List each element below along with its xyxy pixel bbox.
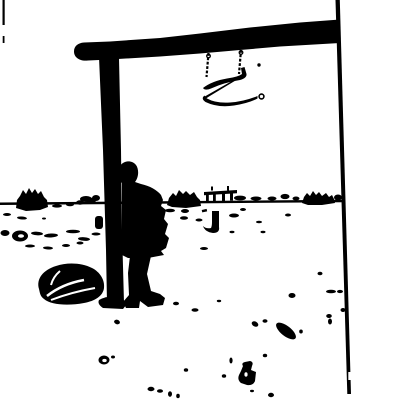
ground-speck [80,196,92,202]
ground-speck [337,290,343,293]
ground-speck [43,246,53,250]
ground-speck [31,231,43,235]
ground-speck [66,203,74,207]
ground-speck [222,374,226,378]
scrub-bush-left [16,188,48,211]
ground-speck [157,389,163,393]
ground-speck [217,300,221,302]
ground-speck [42,218,46,220]
ground-speck [77,242,84,245]
ground-speck [17,216,27,220]
photo-edge-tick-top-left [3,0,5,25]
ground-speck [251,320,260,328]
ground-speck [111,356,115,359]
ground-speck [250,390,254,392]
ground-speck [289,293,296,298]
ground-speck [192,308,199,312]
ground-speck [229,358,232,364]
ground-speck [25,245,35,248]
ground-speck [148,387,155,391]
ground-speck [285,214,291,217]
ground-speck [268,393,274,397]
ground-speck [326,290,336,294]
hanging-sign [203,50,264,106]
speck-highlight [18,234,24,238]
ground-speck [261,231,266,233]
scene-svg [0,0,400,400]
ground-speck [78,237,90,241]
sign-letter-swash [203,96,258,107]
ground-speck [273,320,298,343]
sign-swash-ring [259,94,264,99]
ground-speck [263,354,267,358]
ground-speck [92,233,101,236]
corral-structure-tick [227,186,229,191]
ground-speck [176,394,180,398]
ground-speck [184,368,188,372]
ground-speck [251,197,262,201]
ground-speck [230,231,235,233]
corral-structure-leg [230,193,233,201]
distant-post-tick [202,209,207,212]
ground-speck [44,233,58,238]
ground-speck [293,197,300,201]
corral-structure-tick [211,187,213,191]
ground-speck [334,195,342,201]
ground-speck [52,204,62,207]
ground-speck [168,391,172,397]
scrub-bush-right [302,191,335,205]
scrub-bush-mid [167,190,201,208]
ground-speck [229,214,239,218]
art-layer [0,0,352,394]
ground-speck [263,319,268,323]
gallows-post-knot [95,216,103,229]
ground-speck [62,244,70,247]
ground-speck [326,314,332,318]
ground-speck [256,221,262,223]
photo-edge-dot-left [3,36,5,43]
corral-structure-leg [222,193,225,201]
dust-dot-near-sign [257,63,260,66]
ground-speck [341,308,346,312]
ground-speck [160,242,164,244]
distant-post [203,211,219,233]
ground-speck [200,247,208,250]
ground-speck [173,302,179,306]
ground-speck [1,230,10,236]
ground-speck [318,272,323,276]
corral-structure-leg [213,194,216,202]
ground-speck [196,219,203,222]
ground-speck [234,196,246,201]
ground-speck [240,208,246,211]
ground-speck [66,230,80,234]
photo-frame-line-thin-spot [348,372,351,380]
corral-structure-leg [206,194,209,201]
ground-speck [268,197,277,201]
ground-speck [281,194,290,199]
ground-speck [3,213,11,216]
ground-speck [328,319,332,325]
speck-highlight [244,372,247,376]
ground-speck [165,209,175,213]
ground-speck [113,319,120,325]
ground-speck [181,209,189,213]
sign-chain-hook-left [207,54,211,58]
photo-snowy-sign-post [0,0,400,400]
speck-highlight [102,359,106,362]
person-silhouette-legs [123,256,165,308]
ground-speck [92,195,100,201]
ground-speck [299,330,303,334]
ground-speck [180,216,188,220]
